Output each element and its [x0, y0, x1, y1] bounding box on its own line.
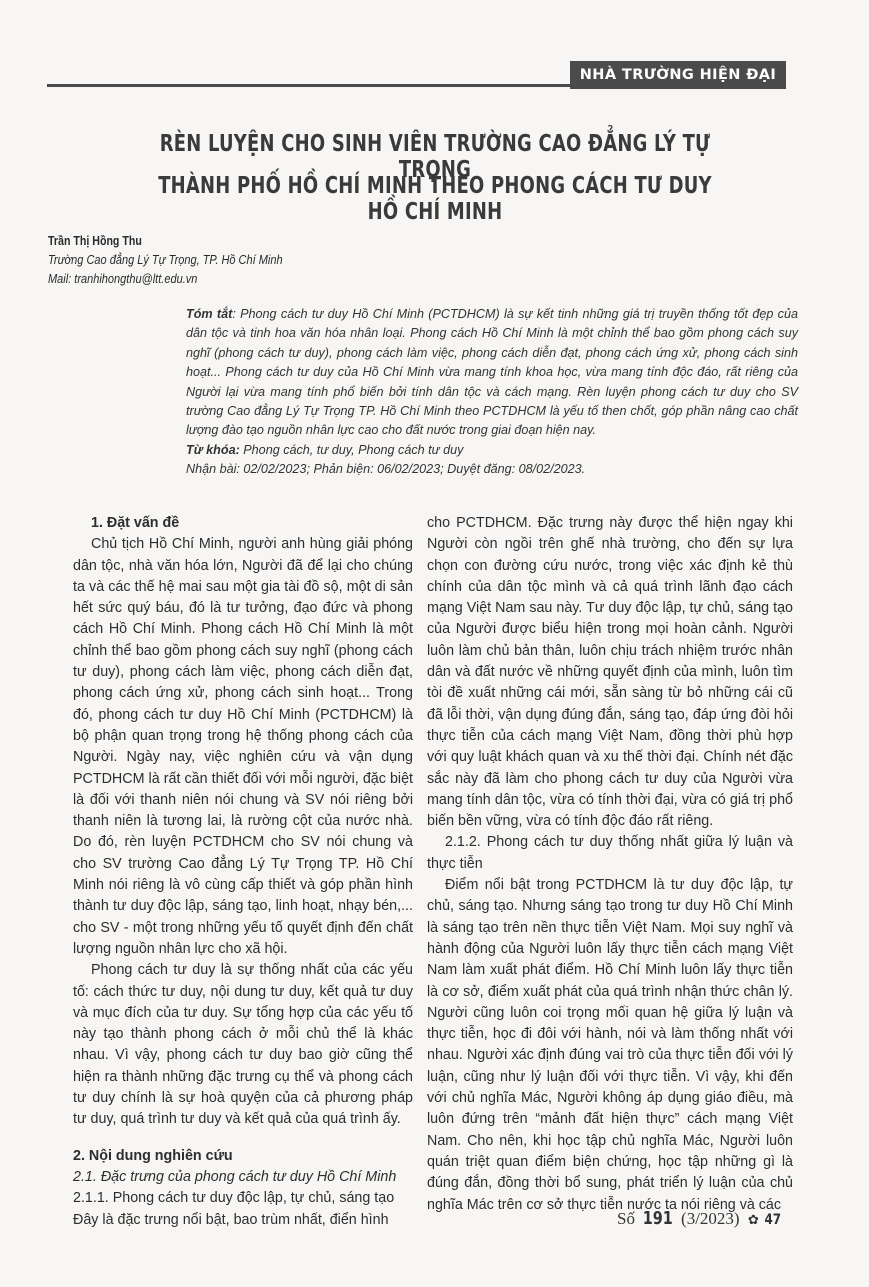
subsection-heading-2-1-2: 2.1.2. Phong cách tư duy thống nhất giữa…	[427, 832, 793, 875]
issue-number: 191	[643, 1208, 673, 1229]
paragraph: Chủ tịch Hồ Chí Minh, người anh hùng giả…	[73, 534, 413, 960]
subsection-heading-2-1: 2.1. Đặc trưng của phong cách tư duy Hồ …	[73, 1167, 413, 1188]
abstract-text: Tóm tắt: Phong cách tư duy Hồ Chí Minh (…	[186, 305, 798, 441]
author-email: Mail: tranhihongthu@ltt.edu.vn	[48, 270, 283, 289]
page-number: 47	[764, 1212, 781, 1228]
paragraph: Điểm nổi bật trong PCTDHCM là tư duy độc…	[427, 875, 793, 1216]
abstract-block: Tóm tắt: Phong cách tư duy Hồ Chí Minh (…	[186, 305, 798, 480]
author-block: Trần Thị Hồng Thu Trường Cao đẳng Lý Tự …	[48, 232, 315, 289]
page-footer: Số 191 (3/2023) ✿47	[617, 1208, 782, 1229]
keywords-label: Từ khóa:	[186, 443, 240, 457]
keywords: Từ khóa: Phong cách, tư duy, Phong cách …	[186, 441, 798, 460]
flower-separator-icon: ✿	[748, 1212, 759, 1227]
article-title-line-2: THÀNH PHỐ HỒ CHÍ MINH THEO PHONG CÁCH TƯ…	[143, 173, 728, 225]
body-column-right: cho PCTDHCM. Đặc trưng này được thể hiện…	[427, 513, 793, 1216]
header-rule	[47, 84, 572, 87]
body-column-left: 1. Đặt vấn đề Chủ tịch Hồ Chí Minh, ngườ…	[73, 513, 413, 1231]
abstract-label: Tóm tắt	[186, 307, 232, 321]
section-heading-2: 2. Nội dung nghiên cứu	[73, 1146, 413, 1167]
author-affiliation: Trường Cao đẳng Lý Tự Trọng, TP. Hồ Chí …	[48, 251, 283, 270]
paragraph: Đây là đặc trưng nổi bật, bao trùm nhất,…	[73, 1210, 413, 1231]
section-heading-1: 1. Đặt vấn đề	[73, 513, 413, 534]
section-label-badge: NHÀ TRƯỜNG HIỆN ĐẠI	[570, 61, 786, 89]
paragraph: cho PCTDHCM. Đặc trưng này được thể hiện…	[427, 513, 793, 832]
article-dates: Nhận bài: 02/02/2023; Phản biện: 06/02/2…	[186, 460, 798, 479]
author-name: Trần Thị Hồng Thu	[48, 232, 142, 251]
paragraph: Phong cách tư duy là sự thống nhất của c…	[73, 960, 413, 1130]
subsection-heading-2-1-1: 2.1.1. Phong cách tư duy độc lập, tự chủ…	[73, 1188, 413, 1209]
issue-date: (3/2023)	[677, 1209, 744, 1228]
